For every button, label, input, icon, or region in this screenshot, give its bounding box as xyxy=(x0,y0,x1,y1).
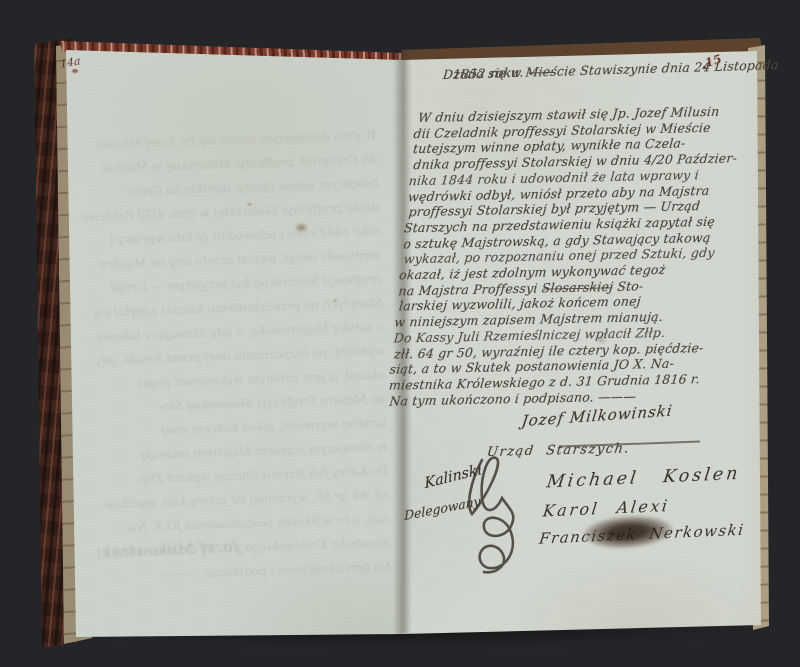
red-ink-speck xyxy=(72,69,78,73)
bleedthrough-text: W dniu dzisiejszym stawił się Jp. Jozef … xyxy=(74,123,392,585)
ink-stain xyxy=(332,298,338,303)
ink-stain xyxy=(596,336,607,344)
record-heading-line: 1852 roku. —— xyxy=(442,61,554,85)
signature-flourish-icon xyxy=(452,454,532,576)
ink-stain xyxy=(246,202,253,207)
record-body: W dniu dzisiejszym stawił się Jp. Jozef … xyxy=(387,103,765,409)
photo-scene: 14a W dniu dzisiejszym stawił się Jp. Jo… xyxy=(0,0,800,667)
ink-stain xyxy=(294,222,309,233)
